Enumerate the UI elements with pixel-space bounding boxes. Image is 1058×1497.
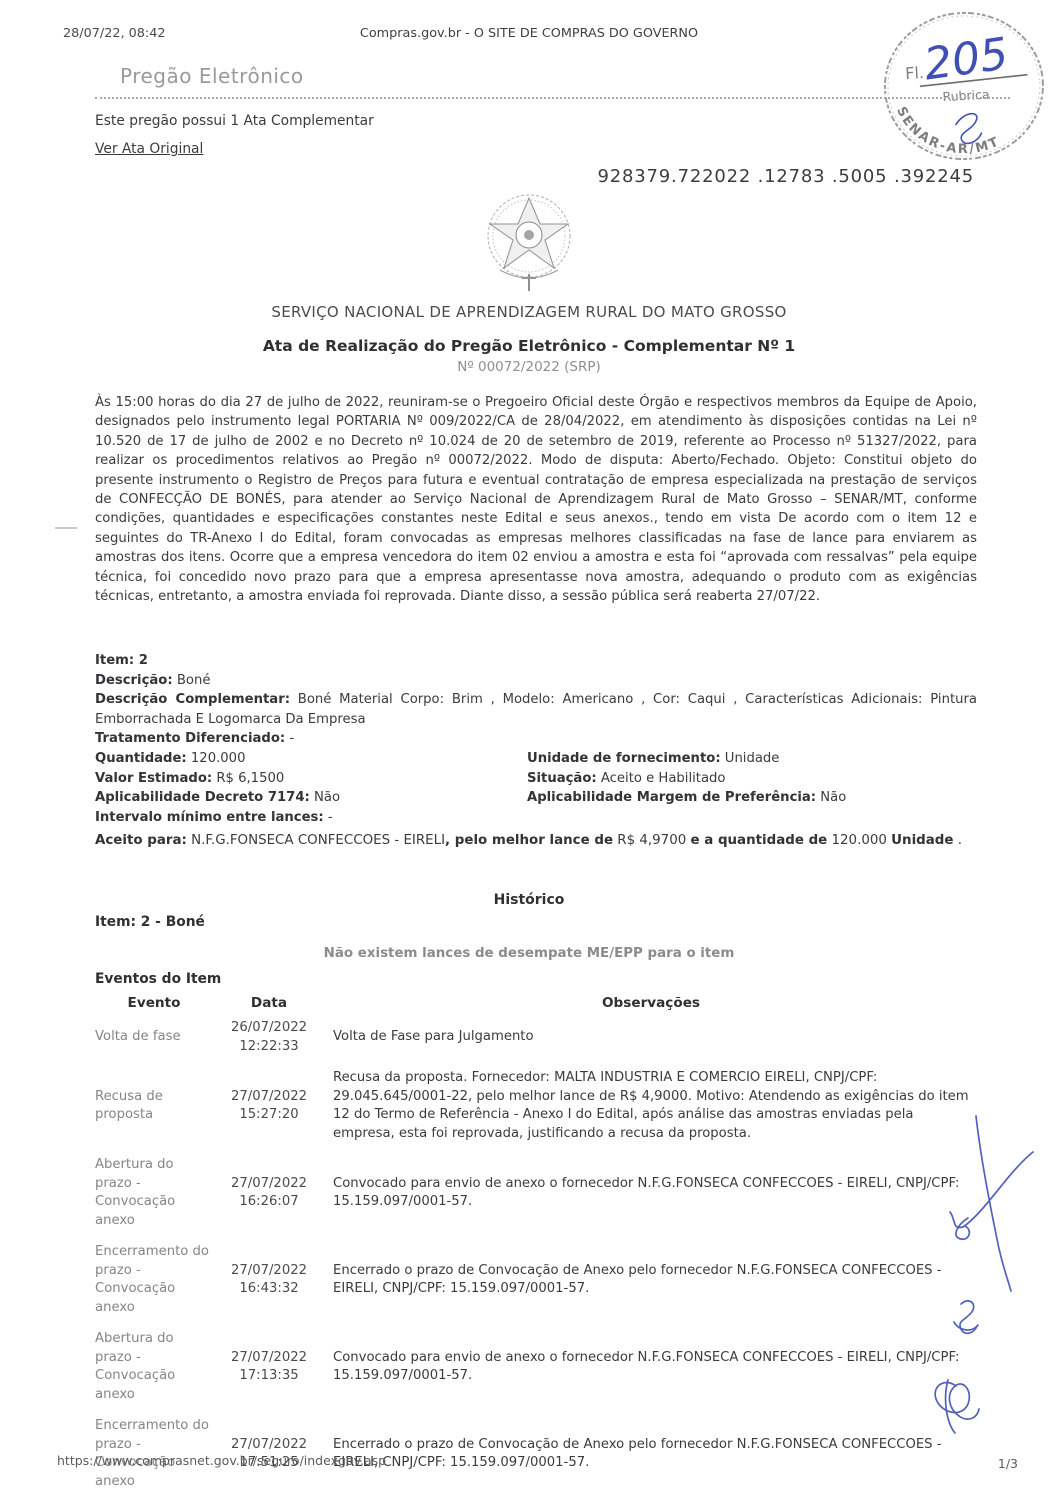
field-label: Descrição Complementar: xyxy=(95,692,290,707)
col-header-observacoes: Observações xyxy=(325,995,977,1011)
field-situacao: Situação: Aceito e Habilitado xyxy=(527,769,977,789)
accepted-period: . xyxy=(958,833,962,848)
scan-artifact-dash xyxy=(55,527,77,529)
col-header-data: Data xyxy=(219,995,319,1011)
table-row: Recusa de proposta 27/07/2022 15:27:20 R… xyxy=(95,1069,977,1143)
no-tiebreak-message: Não existem lances de desempate ME/EPP p… xyxy=(0,946,1058,961)
event-type: Recusa de proposta xyxy=(95,1088,213,1125)
stamp-fl-label: Fl. xyxy=(905,63,925,83)
event-observation: Convocado para envio de anexo o forneced… xyxy=(325,1175,977,1212)
field-value: Não xyxy=(820,790,846,805)
field-label: Quantidade: xyxy=(95,751,187,766)
event-date: 26/07/2022 xyxy=(219,1019,319,1038)
field-value: Boné xyxy=(177,673,211,688)
field-label: Valor Estimado: xyxy=(95,771,212,786)
accepted-supplier: N.F.G.FONSECA CONFECCOES - EIRELI xyxy=(191,833,445,848)
item-details-section: Item: 2 Descrição: Boné Descrição Comple… xyxy=(95,651,977,827)
organization-name: SERVIÇO NACIONAL DE APRENDIZAGEM RURAL D… xyxy=(0,303,1058,321)
field-descricao-complementar: Descrição Complementar: Boné Material Co… xyxy=(95,690,977,729)
field-value: Unidade xyxy=(725,751,780,766)
historico-heading: Histórico xyxy=(0,892,1058,908)
historico-item-line: Item: 2 - Boné xyxy=(95,914,205,930)
table-row: Volta de fase 26/07/2022 12:22:33 Volta … xyxy=(95,1019,977,1056)
col-header-evento: Evento xyxy=(95,995,213,1011)
field-label: Descrição: xyxy=(95,673,173,688)
table-row: Abertura do prazo - Convocação anexo 27/… xyxy=(95,1330,977,1404)
accepted-mid2: e a quantidade de xyxy=(691,833,828,848)
intro-paragraph: Às 15:00 horas do dia 27 de julho de 202… xyxy=(95,393,977,606)
document-title: Ata de Realização do Pregão Eletrônico -… xyxy=(0,337,1058,355)
stamp-initial-signature-icon xyxy=(955,113,982,144)
field-value: Não xyxy=(314,790,340,805)
table-row: Abertura do prazo - Convocação anexo 27/… xyxy=(95,1156,977,1230)
field-label: Situação: xyxy=(527,771,597,786)
event-date: 27/07/2022 xyxy=(219,1436,319,1455)
footer-page-number: 1/3 xyxy=(998,1456,1018,1471)
event-observation: Convocado para envio de anexo o forneced… xyxy=(325,1349,977,1386)
events-table: Evento Data Observações Volta de fase 26… xyxy=(95,995,977,1497)
event-observation: Encerrado o prazo de Convocação de Anexo… xyxy=(325,1262,977,1299)
event-time: 16:26:07 xyxy=(219,1193,319,1212)
event-date: 27/07/2022 xyxy=(219,1175,319,1194)
field-quantidade: Quantidade: 120.000 xyxy=(95,749,527,769)
accepted-mid1: , pelo melhor lance de xyxy=(445,833,613,848)
field-value: R$ 6,1500 xyxy=(216,771,284,786)
item-title: Item: 2 xyxy=(95,651,977,671)
event-observation: Encerrado o prazo de Convocação de Anexo… xyxy=(325,1436,977,1473)
accepted-bid-value: R$ 4,9700 xyxy=(617,833,686,848)
ver-ata-original-link[interactable]: Ver Ata Original xyxy=(95,141,203,157)
stamp-circle-icon: Fl. 205 Rubrica SENAR-AR/MT xyxy=(872,2,1056,173)
accepted-for-line: Aceito para: N.F.G.FONSECA CONFECCOES - … xyxy=(95,831,977,851)
field-intervalo-minimo: Intervalo mínimo entre lances: - xyxy=(95,808,527,828)
field-aplicabilidade-margem: Aplicabilidade Margem de Preferência: Nã… xyxy=(527,788,977,808)
event-type: Volta de fase xyxy=(95,1028,213,1047)
accepted-unit: Unidade xyxy=(891,833,953,848)
event-datetime: 27/07/2022 17:13:35 xyxy=(219,1349,319,1386)
field-label: Unidade de fornecimento: xyxy=(527,751,721,766)
document-subtitle: Nº 00072/2022 (SRP) xyxy=(0,359,1058,375)
field-label: Tratamento Diferenciado: xyxy=(95,731,285,746)
stamp: Fl. 205 Rubrica SENAR-AR/MT xyxy=(872,2,1056,173)
stamp-rubrica-label: Rubrica xyxy=(942,87,990,104)
field-value: - xyxy=(328,810,333,825)
item-fields-grid: Quantidade: 120.000 Unidade de fornecime… xyxy=(95,749,977,827)
event-time: 15:27:20 xyxy=(219,1106,319,1125)
events-table-header: Evento Data Observações xyxy=(95,995,977,1011)
event-datetime: 27/07/2022 16:26:07 xyxy=(219,1175,319,1212)
field-aplicabilidade-decreto: Aplicabilidade Decreto 7174: Não xyxy=(95,788,527,808)
accepted-quantity: 120.000 xyxy=(832,833,887,848)
field-label: Aplicabilidade Margem de Preferência: xyxy=(527,790,816,805)
field-empty xyxy=(527,808,977,828)
document-number: 928379.722022 .12783 .5005 .392245 xyxy=(598,166,974,187)
event-time: 12:22:33 xyxy=(219,1038,319,1057)
field-unidade-fornecimento: Unidade de fornecimento: Unidade xyxy=(527,749,977,769)
field-valor-estimado: Valor Estimado: R$ 6,1500 xyxy=(95,769,527,789)
document-page: 28/07/22, 08:42 Compras.gov.br - O SITE … xyxy=(0,0,1058,1497)
stamp-org-curved-text: SENAR-AR/MT xyxy=(893,100,1003,161)
event-date: 27/07/2022 xyxy=(219,1262,319,1281)
event-date: 27/07/2022 xyxy=(219,1349,319,1368)
event-observation: Volta de Fase para Julgamento xyxy=(325,1028,977,1047)
field-tratamento-diferenciado: Tratamento Diferenciado: - xyxy=(95,729,977,749)
field-label: Aplicabilidade Decreto 7174: xyxy=(95,790,310,805)
field-value: 120.000 xyxy=(191,751,246,766)
event-date: 27/07/2022 xyxy=(219,1088,319,1107)
event-datetime: 27/07/2022 16:43:32 xyxy=(219,1262,319,1299)
field-descricao: Descrição: Boné xyxy=(95,671,977,691)
event-type: Abertura do prazo - Convocação anexo xyxy=(95,1330,213,1404)
field-value: Aceito e Habilitado xyxy=(601,771,726,786)
event-type: Encerramento do prazo - Convocação anexo xyxy=(95,1243,213,1317)
event-datetime: 27/07/2022 15:27:20 xyxy=(219,1088,319,1125)
section-title: Pregão Eletrônico xyxy=(120,64,304,88)
ata-complementar-note: Este pregão possui 1 Ata Complementar xyxy=(95,113,374,129)
coat-of-arms-icon xyxy=(474,190,584,295)
event-time: 16:43:32 xyxy=(219,1280,319,1299)
events-section-title: Eventos do Item xyxy=(95,971,221,987)
footer-url: https://www.comprasnet.gov.br/seguro/ind… xyxy=(57,1453,386,1468)
field-value: - xyxy=(289,731,294,746)
event-datetime: 26/07/2022 12:22:33 xyxy=(219,1019,319,1056)
table-row: Encerramento do prazo - Convocação anexo… xyxy=(95,1243,977,1317)
dotted-divider xyxy=(95,97,1010,99)
event-type: Abertura do prazo - Convocação anexo xyxy=(95,1156,213,1230)
accepted-label: Aceito para: xyxy=(95,833,187,848)
field-label: Intervalo mínimo entre lances: xyxy=(95,810,324,825)
event-time: 17:13:35 xyxy=(219,1367,319,1386)
event-observation: Recusa da proposta. Fornecedor: MALTA IN… xyxy=(325,1069,977,1143)
